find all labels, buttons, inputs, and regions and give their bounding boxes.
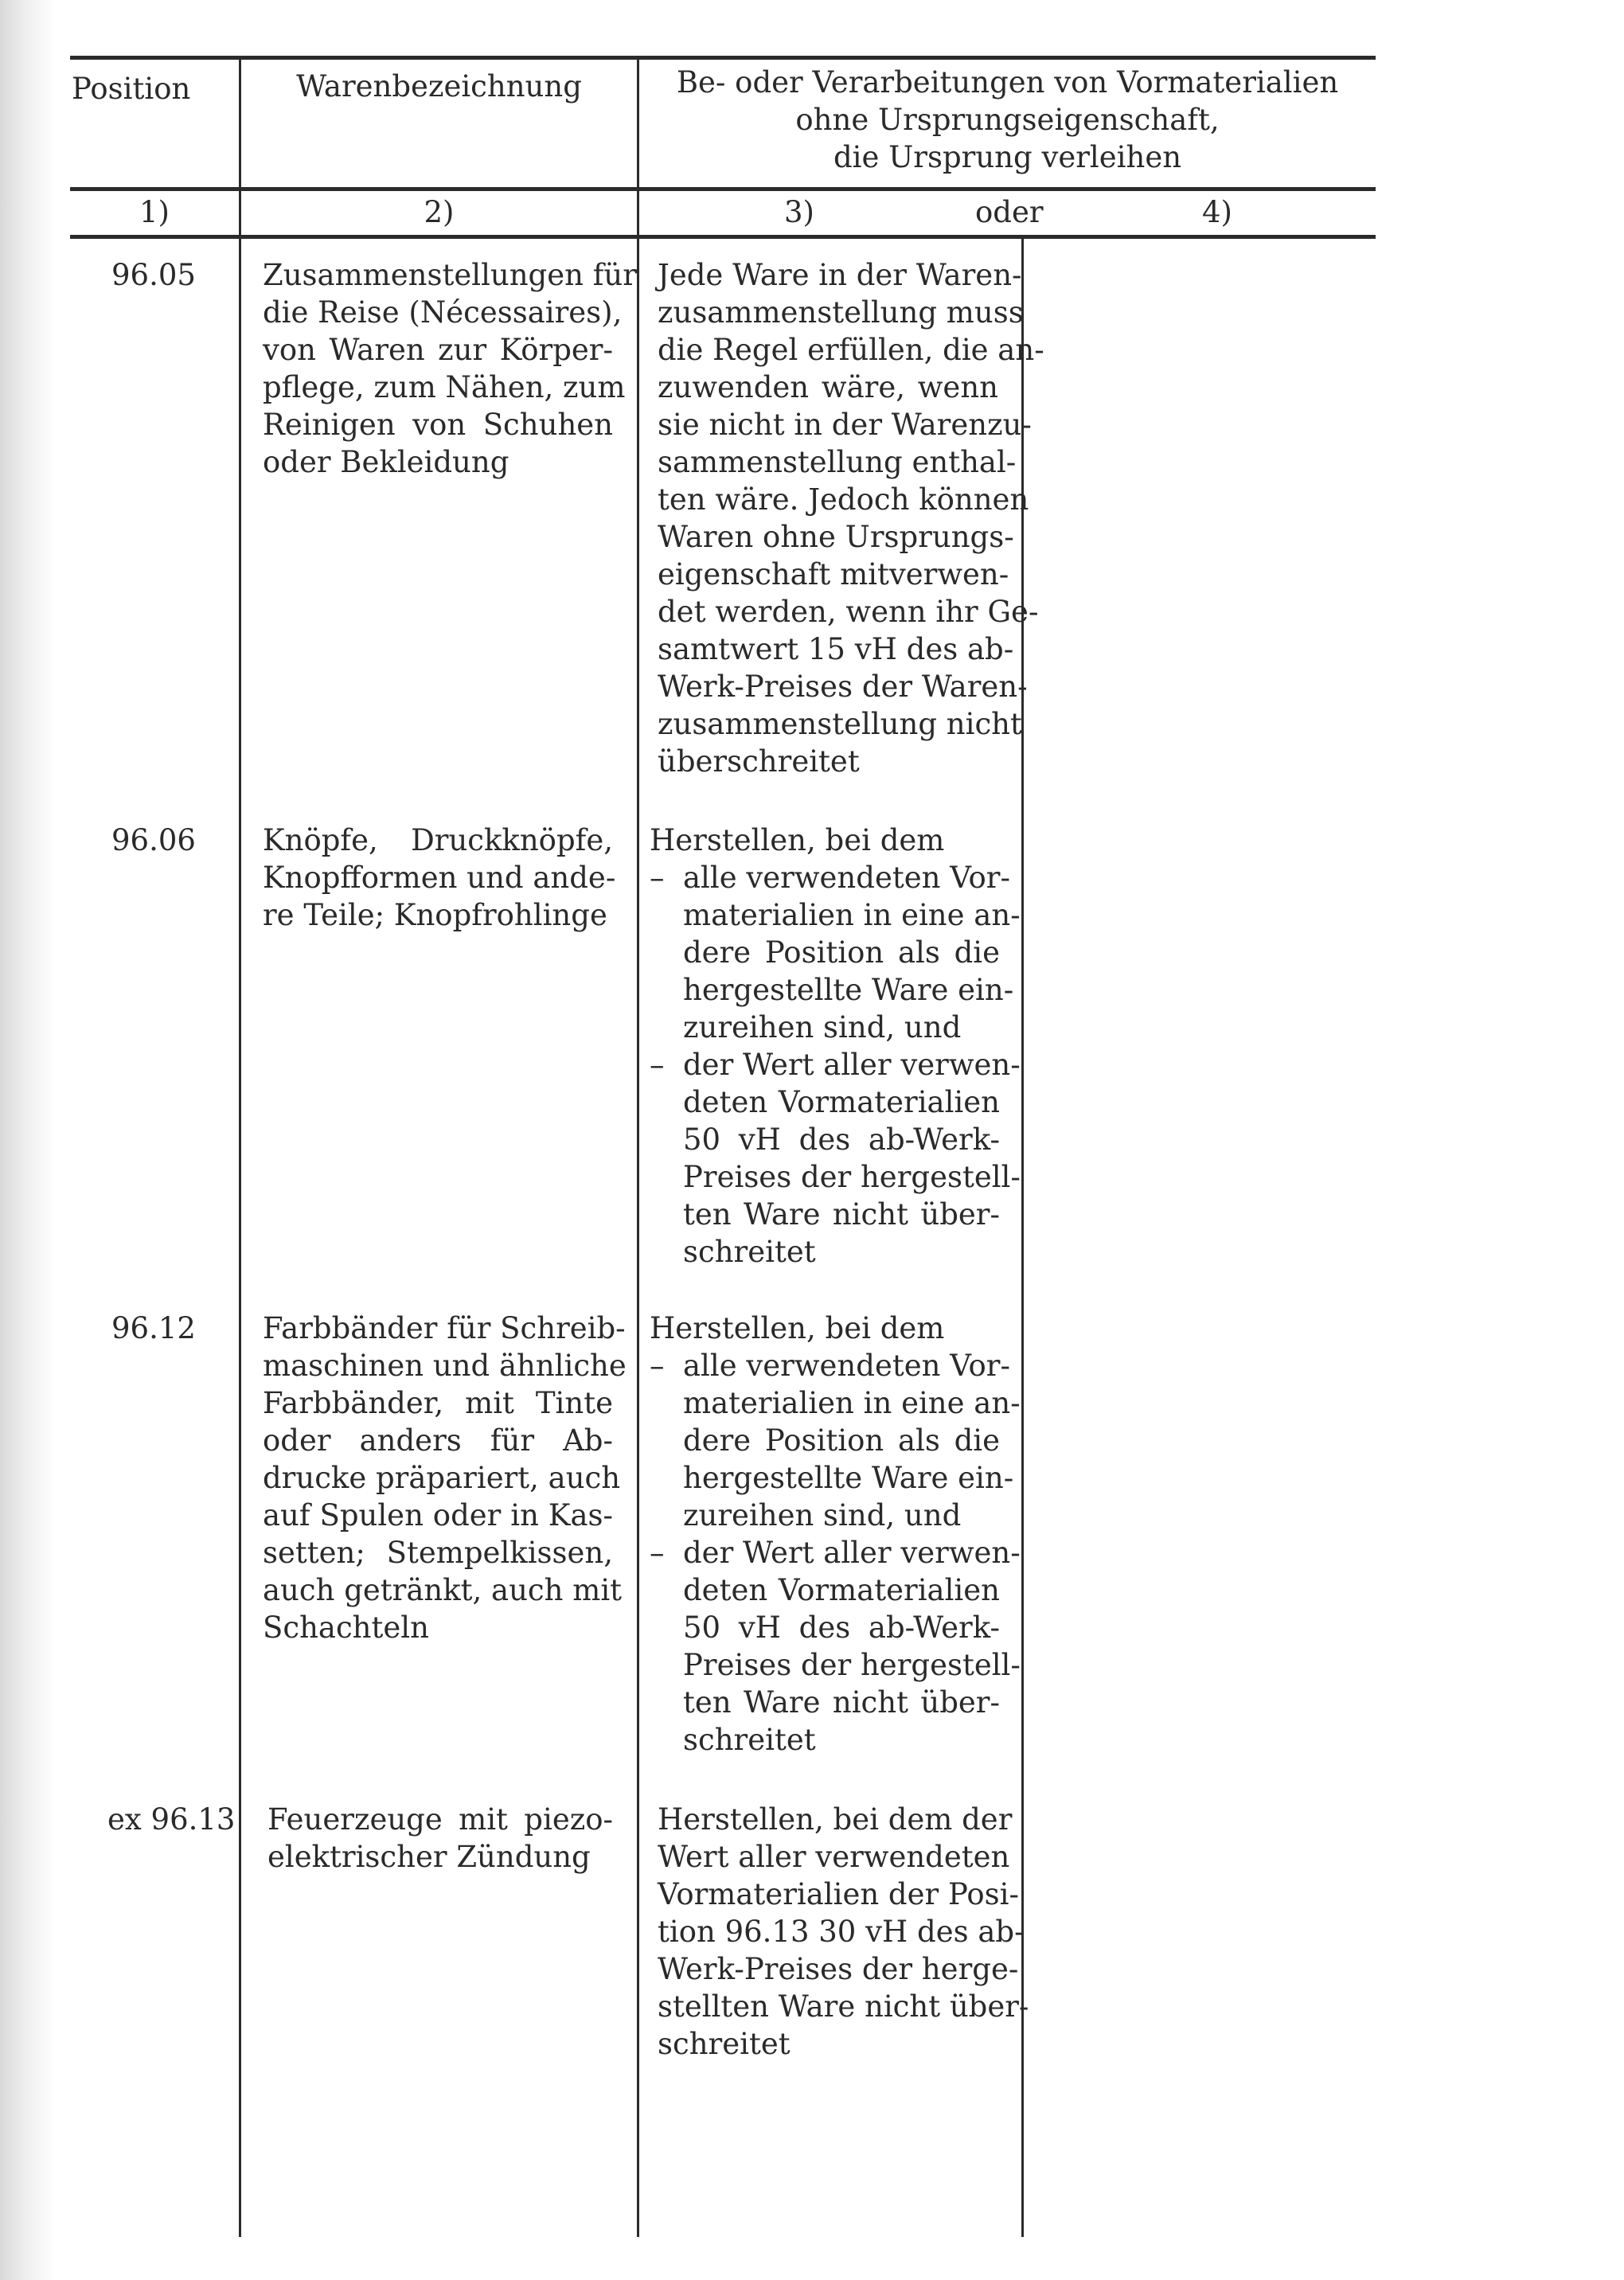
- rule-line: deten Vormaterialien: [683, 1083, 1000, 1121]
- description-line: die Reise (Nécessaires),: [263, 294, 613, 331]
- description-line: pflege, zum Nähen, zum: [263, 369, 613, 406]
- rule-line: materialien in eine an-: [683, 896, 1000, 934]
- rule-line: zusammenstellung nicht: [658, 705, 998, 743]
- row-description: Feuerzeuge mit piezo- elektrischer Zündu…: [267, 1801, 613, 1876]
- rule-line: zuwenden wäre, wenn: [658, 369, 998, 406]
- rule-line: samtwert 15 vH des ab-: [658, 631, 998, 668]
- column-divider-1: [239, 239, 241, 2237]
- description-line: Knöpfe, Druckknöpfe,: [263, 822, 613, 859]
- description-line: Farbbänder, mit Tinte: [263, 1384, 613, 1422]
- table-top-rule: [70, 56, 1376, 60]
- row-rule: Herstellen, bei dem – alle verwendeten V…: [650, 1310, 1000, 1759]
- rule-line: ten Ware nicht über-: [683, 1684, 1000, 1721]
- rule-line: dere Position als die: [683, 934, 1000, 971]
- rule-line: Werk-Preises der Waren-: [658, 668, 998, 705]
- rule-line: Vormaterialien der Posi-: [658, 1876, 1004, 1913]
- rule-line: Werk-Preises der herge-: [658, 1950, 1004, 1988]
- rule-line: sammenstellung enthal-: [658, 443, 998, 481]
- rule-line: Wert aller verwendeten: [658, 1838, 1004, 1876]
- rule-line: det werden, wenn ihr Ge-: [658, 593, 998, 631]
- dash-bullet: –: [650, 1046, 665, 1083]
- description-line: Zusammenstellungen für: [263, 256, 613, 294]
- header-processing-line: die Ursprung verleihen: [639, 139, 1376, 176]
- dash-bullet: –: [650, 1534, 665, 1571]
- rule-line: hergestellte Ware ein-: [683, 971, 1000, 1009]
- description-line: auch getränkt, auch mit: [263, 1571, 613, 1609]
- rule-line: eigenschaft mitverwen-: [658, 556, 998, 593]
- rule-item: – der Wert aller verwen- deten Vormateri…: [650, 1534, 1000, 1759]
- header-processing-rule: Be- oder Verarbeitungen von Vormateriali…: [639, 64, 1376, 176]
- rule-item: – alle verwendeten Vor- materialien in e…: [650, 1347, 1000, 1534]
- description-line: oder anders für Ab-: [263, 1422, 613, 1459]
- rule-intro: Herstellen, bei dem: [650, 822, 1000, 859]
- rule-item: – der Wert aller verwen- deten Vormateri…: [650, 1046, 1000, 1271]
- description-line: re Teile; Knopfrohlinge: [263, 896, 613, 934]
- rule-line: alle verwendeten Vor-: [683, 1347, 1000, 1384]
- rule-line: Herstellen, bei dem der: [658, 1801, 1004, 1838]
- column-divider-2: [637, 239, 639, 2237]
- rule-line: 50 vH des ab-Werk-: [683, 1609, 1000, 1646]
- description-line: elektrischer Zündung: [267, 1838, 613, 1876]
- rule-line: zureihen sind, und: [683, 1497, 1000, 1534]
- rule-line: dere Position als die: [683, 1422, 1000, 1459]
- rule-line: der Wert aller verwen-: [683, 1046, 1000, 1083]
- dash-bullet: –: [650, 1347, 665, 1384]
- column-number-1: 1): [70, 193, 239, 231]
- column-number-3: 3): [784, 193, 814, 231]
- rule-line: zusammenstellung muss: [658, 294, 998, 331]
- rule-line: schreitet: [683, 1721, 1000, 1759]
- description-line: setten; Stempelkissen,: [263, 1534, 613, 1571]
- description-line: auf Spulen oder in Kas-: [263, 1497, 613, 1534]
- description-line: Feuerzeuge mit piezo-: [267, 1801, 613, 1838]
- rule-line: zureihen sind, und: [683, 1009, 1000, 1046]
- header-processing-line: Be- oder Verarbeitungen von Vormateriali…: [639, 64, 1376, 101]
- header-processing-line: ohne Ursprungseigenschaft,: [639, 101, 1376, 139]
- row-position: 96.05: [111, 256, 196, 294]
- row-rule: Herstellen, bei dem der Wert aller verwe…: [658, 1801, 1004, 2063]
- description-line: Schachteln: [263, 1609, 613, 1646]
- rule-line: überschreitet: [658, 743, 998, 780]
- column-alternative-oder: oder: [975, 193, 1044, 231]
- numbering-separator-rule: [70, 235, 1376, 239]
- rule-line: sie nicht in der Warenzu-: [658, 406, 998, 443]
- rule-line: hergestellte Ware ein-: [683, 1459, 1000, 1497]
- rule-line: Preises der hergestell-: [683, 1158, 1000, 1196]
- rule-item: – alle verwendeten Vor- materialien in e…: [650, 859, 1000, 1046]
- rule-line: der Wert aller verwen-: [683, 1534, 1000, 1571]
- rule-line: ten wäre. Jedoch können: [658, 481, 998, 518]
- row-position: ex 96.13: [107, 1801, 235, 1838]
- description-line: Farbbänder für Schreib-: [263, 1310, 613, 1347]
- rule-line: stellten Ware nicht über-: [658, 1988, 1004, 2025]
- rule-intro: Herstellen, bei dem: [650, 1310, 1000, 1347]
- row-description: Knöpfe, Druckknöpfe, Knopfformen und and…: [263, 822, 613, 934]
- header-separator-rule: [70, 187, 1376, 191]
- description-line: maschinen und ähnliche: [263, 1347, 613, 1384]
- row-rule: Jede Ware in der Waren- zusammenstellung…: [658, 256, 998, 780]
- rule-line: tion 96.13 30 vH des ab-: [658, 1913, 1004, 1950]
- description-line: Knopfformen und ande-: [263, 859, 613, 896]
- row-position: 96.12: [111, 1310, 196, 1347]
- description-line: drucke präpariert, auch: [263, 1459, 613, 1497]
- rule-line: die Regel erfüllen, die an-: [658, 331, 998, 369]
- column-number-2: 2): [241, 193, 637, 231]
- rule-line: deten Vormaterialien: [683, 1571, 1000, 1609]
- row-position: 96.06: [111, 822, 196, 859]
- description-line: oder Bekleidung: [263, 443, 613, 481]
- header-description: Warenbezeichnung: [241, 68, 637, 105]
- description-line: Reinigen von Schuhen: [263, 406, 613, 443]
- row-description: Zusammenstellungen für die Reise (Nécess…: [263, 256, 613, 481]
- header-position: Position: [72, 70, 190, 107]
- row-description: Farbbänder für Schreib- maschinen und äh…: [263, 1310, 613, 1646]
- rule-line: ten Ware nicht über-: [683, 1196, 1000, 1233]
- rule-line: schreitet: [683, 1233, 1000, 1271]
- rule-line: materialien in eine an-: [683, 1384, 1000, 1422]
- rule-line: 50 vH des ab-Werk-: [683, 1121, 1000, 1158]
- dash-bullet: –: [650, 859, 665, 896]
- column-number-4: 4): [1202, 193, 1232, 231]
- rule-line: Jede Ware in der Waren-: [658, 256, 998, 294]
- rule-line: Preises der hergestell-: [683, 1646, 1000, 1684]
- rule-line: schreitet: [658, 2025, 1004, 2063]
- rule-line: alle verwendeten Vor-: [683, 859, 1000, 896]
- description-line: von Waren zur Körper-: [263, 331, 613, 369]
- scan-shadow-edge: [0, 0, 56, 2280]
- row-rule: Herstellen, bei dem – alle verwendeten V…: [650, 822, 1000, 1271]
- rule-line: Waren ohne Ursprungs-: [658, 518, 998, 556]
